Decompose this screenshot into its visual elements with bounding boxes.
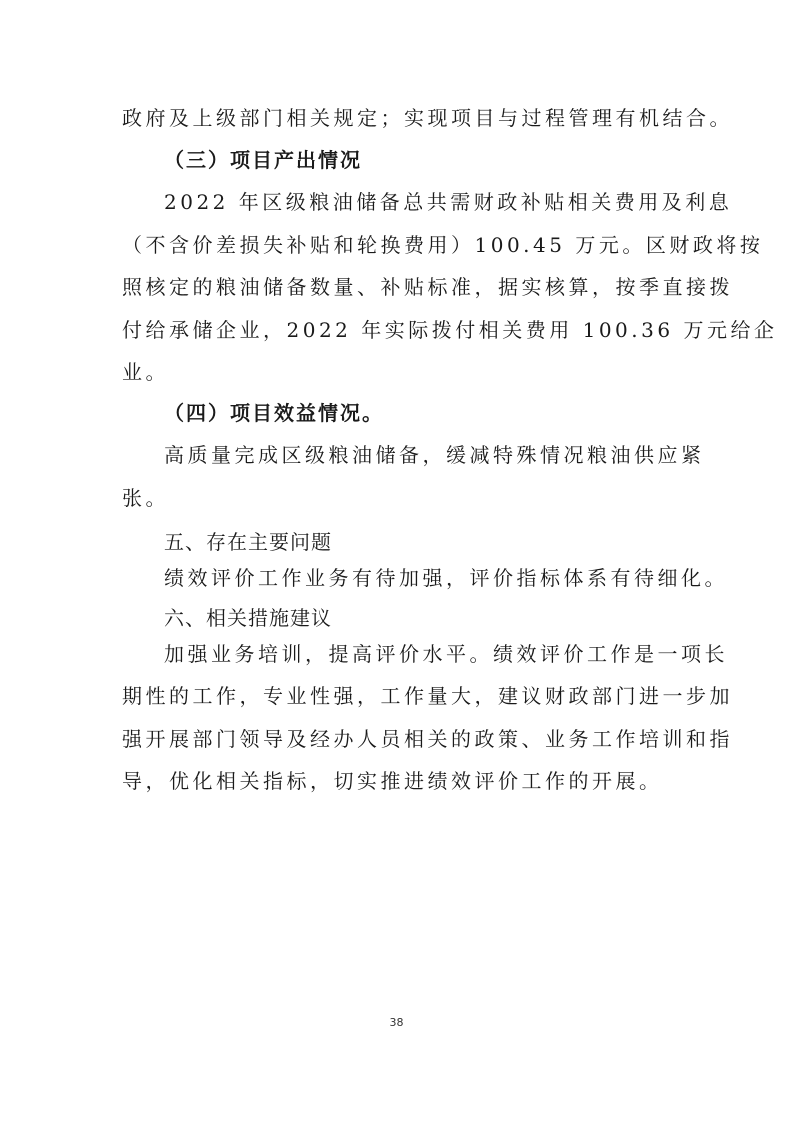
body-text-line: 绩效评价工作业务有待加强，评价指标体系有待细化。: [164, 564, 724, 592]
body-text-line: 2022 年区级粮油储备总共需财政补贴相关费用及利息: [164, 188, 724, 216]
body-text-line: （不含价差损失补贴和轮换费用）100.45 万元。区财政将按: [122, 231, 682, 259]
body-text-line: 业。: [122, 358, 682, 386]
body-text-line: 导，优化相关指标，切实推进绩效评价工作的开展。: [122, 767, 682, 795]
body-text-line: 强开展部门领导及经办人员相关的政策、业务工作培训和指: [122, 725, 682, 753]
body-text-line: 政府及上级部门相关规定；实现项目与过程管理有机结合。: [122, 104, 682, 132]
section-heading-4: （四）项目效益情况。: [164, 399, 724, 427]
body-text-line: 高质量完成区级粮油储备，缓减特殊情况粮油供应紧: [164, 441, 724, 469]
body-text-line: 期性的工作，专业性强，工作量大，建议财政部门进一步加: [122, 682, 682, 710]
body-text-line: 付给承储企业，2022 年实际拨付相关费用 100.36 万元给企: [122, 316, 682, 344]
section-heading-5: 五、存在主要问题: [164, 528, 724, 556]
page-number: 38: [0, 1016, 793, 1029]
body-text-line: 张。: [122, 484, 682, 512]
section-heading-6: 六、相关措施建议: [164, 604, 724, 632]
body-text-line: 照核定的粮油储备数量、补贴标准，据实核算，按季直接拨: [122, 273, 682, 301]
body-text-line: 加强业务培训，提高评价水平。绩效评价工作是一项长: [164, 640, 724, 668]
section-heading-3: （三）项目产出情况: [164, 146, 724, 174]
